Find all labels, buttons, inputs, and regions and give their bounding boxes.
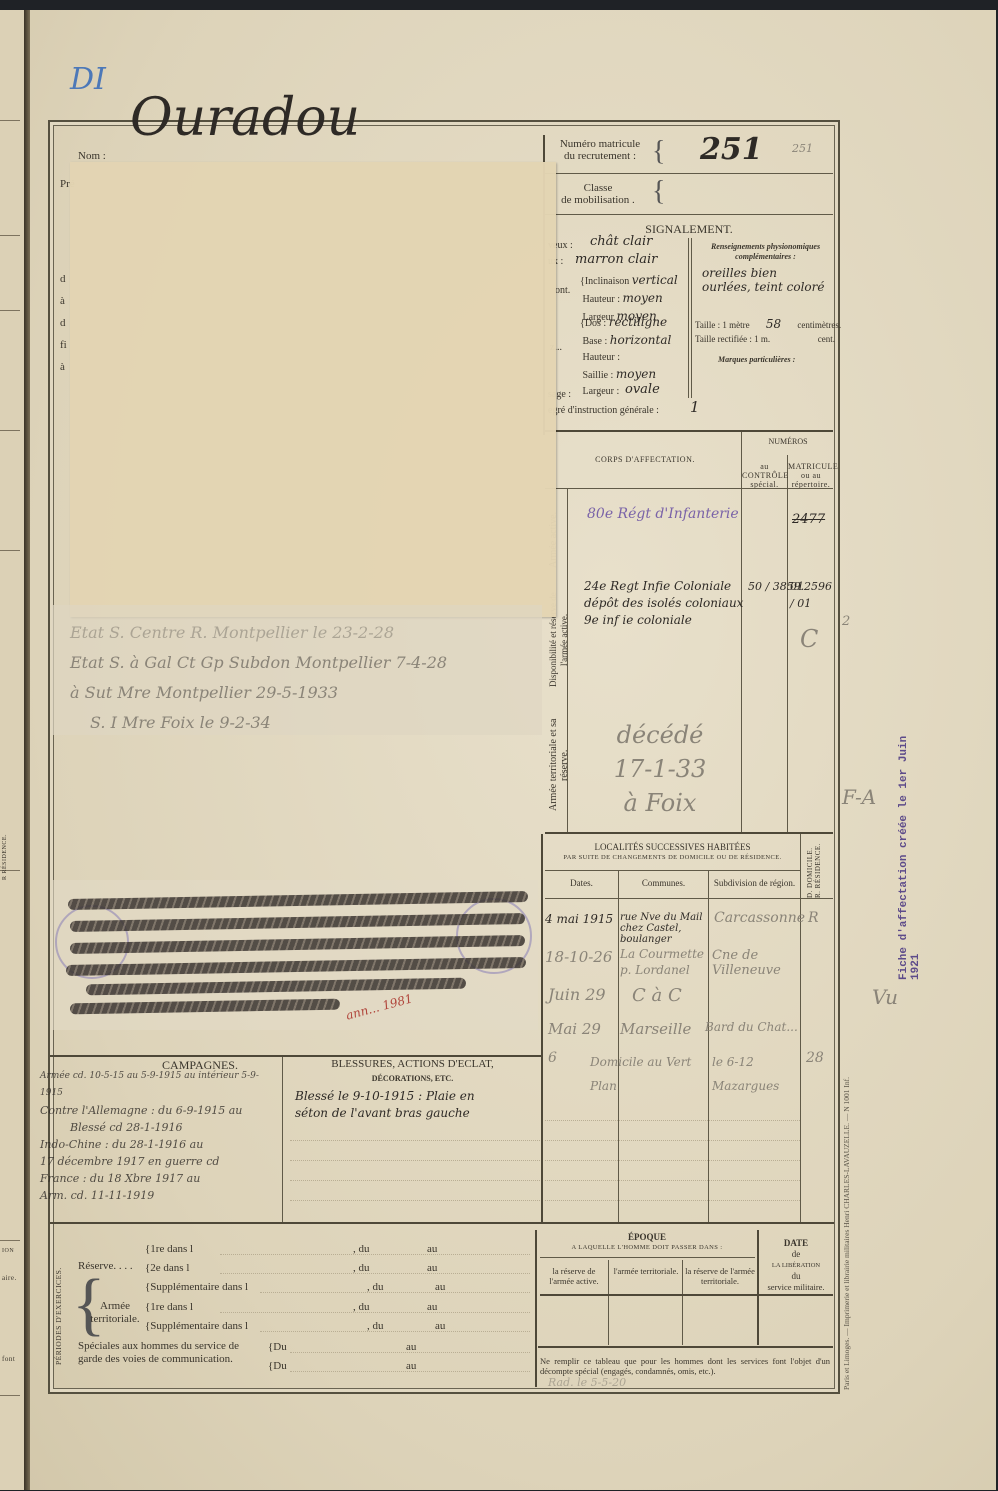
blessures-subtitle: DÉCORATIONS, ETC. <box>285 1074 540 1083</box>
localite-commune: rue Nve du Mail chez Castel, boulanger <box>620 912 708 945</box>
localite-date: 4 mai 1915 <box>545 912 613 926</box>
date-liberation-title: DATE de LA LIBÉRATION du service militai… <box>758 1238 834 1293</box>
speciales-label: Spéciales aux hommes du service degarde … <box>78 1340 239 1366</box>
col-matricule: MATRICULEou aurépertoire. <box>788 462 834 489</box>
periodes-side-label: PÉRIODES D'EXERCICES. <box>54 1255 63 1365</box>
left-page-edge <box>0 10 26 1490</box>
campagnes-lines: Armée cd. 10-5-15 au 5-9-1915 au intérie… <box>40 1068 280 1204</box>
col-dates: Dates. <box>545 878 618 888</box>
left-row-labels: dàdfià <box>60 268 67 378</box>
instruction-label: egré d'instruction générale : <box>548 405 659 416</box>
margin-number: 2 <box>842 614 850 629</box>
col-communes: Communes. <box>619 878 708 888</box>
epoque-note: Ne remplir ce tableau que pour les homme… <box>540 1356 830 1376</box>
affectation-title: CORPS D'AFFECTATION. <box>555 455 735 464</box>
localite-dr: 28 <box>806 1050 824 1066</box>
margin-mark-c: C <box>800 625 818 653</box>
blue-pencil-mark: DI <box>70 62 106 97</box>
localite-date: Juin 29 <box>548 985 606 1004</box>
disponibilite-entries: 24e Regt Infie Colonialedépôt des isolés… <box>584 578 743 629</box>
yeux-value: marron clair <box>575 252 657 267</box>
localite-dr: R <box>808 910 819 926</box>
signalement-title: SIGNALEMENT. <box>545 222 833 237</box>
cheveux-value: chât clair <box>590 234 652 249</box>
left-page-fragment: R RÉSIDENCE. <box>2 820 8 880</box>
left-page-fragment: ION <box>2 1248 14 1254</box>
affectation-stamp: Fiche d'affectation créée le 1er Juin 19… <box>898 720 922 980</box>
blessures-lines: Blessé le 9-10-1915 : Plaie enséton de l… <box>295 1088 540 1122</box>
printer-imprint: Paris et Limoges. — Imprimerie et librai… <box>842 770 851 1390</box>
localites-title: LOCALITÉS SUCCESSIVES HABITÉES <box>545 842 800 852</box>
matricule-value: 251 <box>700 132 763 167</box>
renseignements-value: oreilles bien ourlées, teint coloré <box>702 266 827 294</box>
pasted-paper-slip <box>70 162 556 617</box>
marques-label: Marques particulières : <box>718 355 795 364</box>
armee-active-entry: 80e Régt d'Infanterie <box>587 506 739 522</box>
epoque-title: ÉPOQUE <box>538 1232 756 1242</box>
localite-subdivision: le 6-12 Mazargues <box>712 1050 800 1098</box>
localite-date: Mai 29 <box>548 1020 601 1038</box>
disponibilite-matricule: 012596 / 01 <box>790 578 830 612</box>
armee-active-matricule: 2477 <box>792 512 825 527</box>
renseignements-title: Renseignements physionomiquescomplémenta… <box>698 242 833 262</box>
localite-commune: Domicile au Vert Plan <box>590 1050 710 1098</box>
localite-commune: C à C <box>632 985 682 1006</box>
localite-subdivision: Carcassonne <box>714 910 805 926</box>
front-label: ont. <box>555 285 570 296</box>
localite-subdivision: Bard du Chat... <box>705 1020 815 1034</box>
reserve-label: Réserve. . . . <box>78 1260 133 1272</box>
localite-commune: Marseille <box>620 1020 691 1038</box>
localite-date: 18-10-26 <box>545 948 612 966</box>
epoque-col-reserve-territoriale: la réserve de l'armée territoriale. <box>684 1266 756 1286</box>
section-armee-territoriale: Armée territoriale et sa réserve. <box>548 705 570 825</box>
localite-date: 6 <box>548 1050 557 1066</box>
taille-row: Taille : 1 mètre 58 centimètres. <box>695 317 841 331</box>
territoriale-entries: décédé17-1-33à Foix <box>600 718 720 820</box>
nom-label: Nom : <box>78 150 106 162</box>
pencil-fa: F-A <box>842 785 876 809</box>
territoriale-label: Arméeterritoriale. <box>85 1300 145 1326</box>
pencil-vu: Vu <box>872 985 898 1009</box>
numeros-title: NUMÉROS <box>742 437 834 446</box>
nom-value: Ouradou <box>130 88 360 148</box>
matricule-label: Numéro matriculedu recrutement : <box>550 138 650 162</box>
blessures-title: BLESSURES, ACTIONS D'ECLAT, <box>285 1058 540 1070</box>
col-controle: auCONTRÔLEspécial. <box>742 462 787 489</box>
col-domicile-residence: D. DOMICILE. R. RÉSIDENCE. <box>806 842 822 898</box>
localite-subdivision: Cne de Villeneuve <box>712 948 822 978</box>
epoque-subtitle: A LAQUELLE L'HOMME DOIT PASSER DANS : <box>538 1244 756 1251</box>
classe-label: Classede mobilisation . <box>548 182 648 206</box>
taille-rectifiee-row: Taille rectifiée : 1 m. cent. <box>695 334 835 344</box>
epoque-col-reserve-active: la réserve de l'armée active. <box>540 1266 608 1286</box>
left-administrative-notes: Etat S. Centre R. Montpellier le 23-2-28… <box>70 618 540 738</box>
localites-subtitle: PAR SUITE DE CHANGEMENTS DE DOMICILE OU … <box>545 854 800 861</box>
left-page-fragment: font <box>2 1355 15 1363</box>
pencil-radiation-note: Rad. le 5-5-20 <box>548 1376 626 1389</box>
instruction-value: 1 <box>690 398 700 416</box>
visage-value: ovale <box>625 382 660 397</box>
localite-commune: La Courmette p. Lordanel <box>620 946 710 978</box>
reserve-rows: {1re dans l, duau {2e dans l, duau {Supp… <box>145 1240 445 1297</box>
col-subdivision: Subdivision de région. <box>709 878 800 888</box>
epoque-col-territoriale: l'armée territoriale. <box>610 1266 682 1276</box>
left-page-fragment: aire. <box>2 1274 17 1282</box>
